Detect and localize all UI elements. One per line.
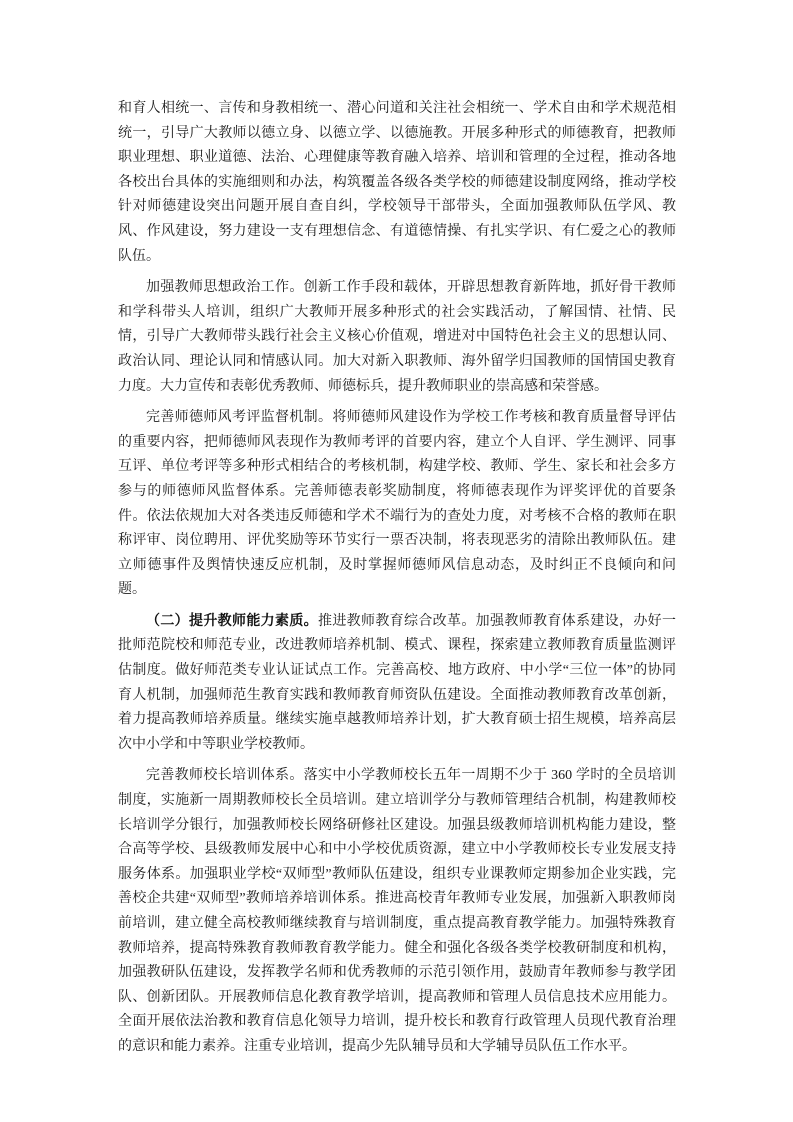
paragraph-text: 完善师德师风考评监督机制。将师德师风建设作为学校工作考核和教育质量督导评估的重要… [118,410,676,597]
paragraph: 加强教师思想政治工作。创新工作手段和载体，开辟思想教育新阵地，抓好骨干教师和学科… [118,276,676,399]
paragraph-text: 推进教师教育综合改革。加强教师教育体系建设，办好一批师范院校和师范专业，改进教师… [118,614,676,752]
paragraph: 完善教师校长培训体系。落实中小学教师校长五年一周期不少于 360 学时的全员培训… [118,764,676,1059]
paragraph-text: 和育人相统一、言传和身教相统一、潜心问道和关注社会相统一、学术自由和学术规范相统… [118,101,676,264]
document-body: 和育人相统一、言传和身教相统一、潜心问道和关注社会相统一、学术自由和学术规范相统… [118,97,676,1060]
paragraph: 完善师德师风考评监督机制。将师德师风建设作为学校工作考核和教育质量督导评估的重要… [118,406,676,603]
section-heading: （二）提升教师能力素质。 [146,614,318,629]
paragraph-text: 加强教师思想政治工作。创新工作手段和载体，开辟思想教育新阵地，抓好骨干教师和学科… [118,280,676,393]
document-page: 和育人相统一、言传和身教相统一、潜心问道和关注社会相统一、学术自由和学术规范相统… [0,0,793,1122]
paragraph: 和育人相统一、言传和身教相统一、潜心问道和关注社会相统一、学术自由和学术规范相统… [118,97,676,269]
paragraph-text: 完善教师校长培训体系。落实中小学教师校长五年一周期不少于 360 学时的全员培训… [118,768,676,1054]
paragraph: （二）提升教师能力素质。推进教师教育综合改革。加强教师教育体系建设，办好一批师范… [118,610,676,758]
